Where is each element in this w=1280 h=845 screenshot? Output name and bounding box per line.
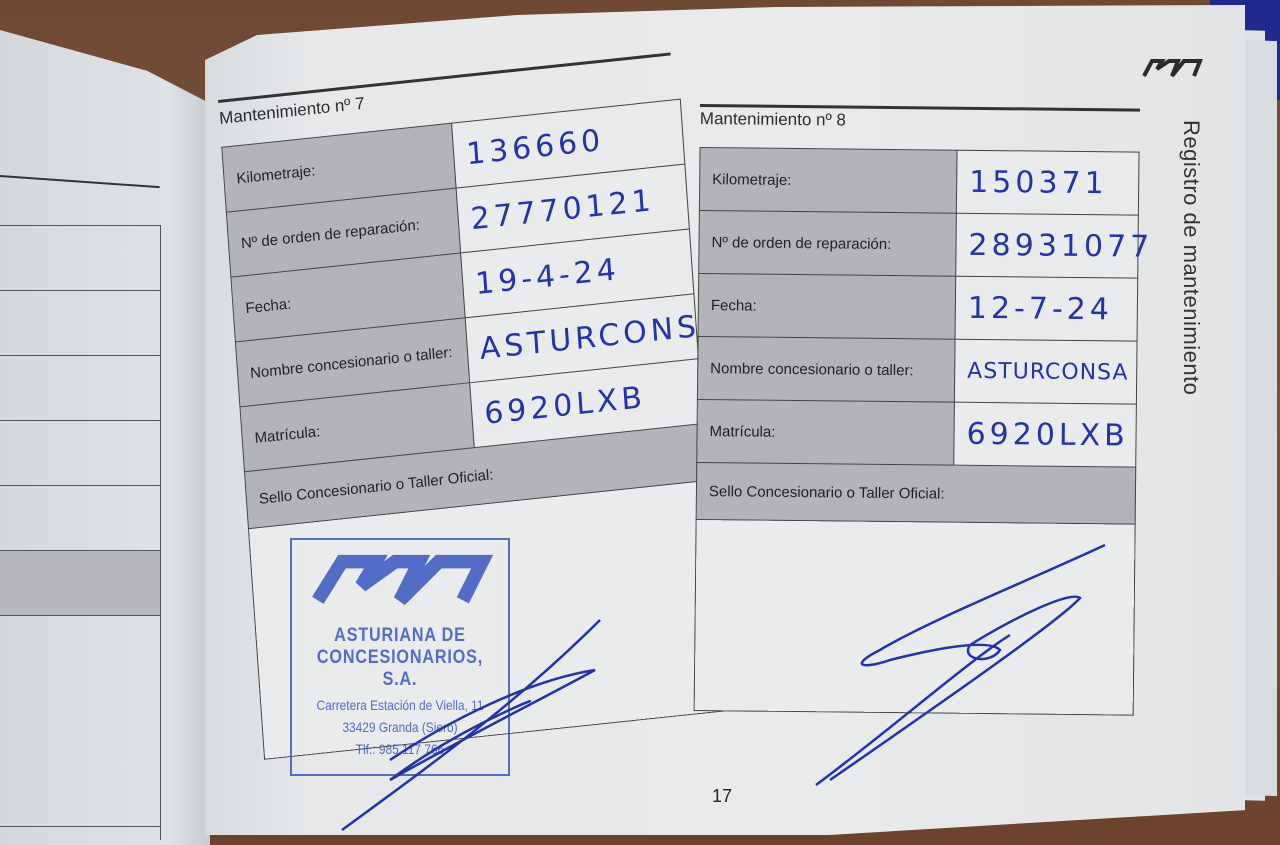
- table-row: [0, 355, 160, 420]
- table-row: [0, 550, 160, 615]
- maintenance-8-form: Kilometraje: 150371 Nº de orden de repar…: [694, 147, 1140, 716]
- table-row: Matrícula: 6920LXB: [697, 399, 1137, 467]
- stamp-text: 33429 Granda (Siero): [308, 719, 492, 735]
- field-value-fecha[interactable]: 12-7-24: [955, 276, 1138, 341]
- field-value-kilometraje[interactable]: 150371: [956, 150, 1139, 215]
- stamp-text: Carretera Estación de Viella, 11: [308, 697, 492, 713]
- field-label-fecha: Fecha:: [698, 273, 956, 339]
- page-number: 17: [712, 786, 732, 807]
- table-row: Nº de orden de reparación: 28931077: [699, 210, 1139, 278]
- stamp-label: Sello Concesionario o Taller Oficial:: [696, 462, 1136, 524]
- table-row: [694, 519, 1135, 715]
- field-value-matricula[interactable]: 6920LXB: [954, 402, 1137, 467]
- divider: [0, 175, 160, 188]
- dealer-stamp: ASTURIANA DE CONCESIONARIOS, S.A. Carret…: [290, 538, 510, 776]
- section-side-title: Registro de mantenimiento: [1178, 120, 1204, 395]
- field-label-orden: Nº de orden de reparación:: [699, 210, 957, 276]
- kia-logo-icon: [1142, 56, 1204, 80]
- table-row: Kilometraje: 150371: [699, 148, 1139, 216]
- field-label-kilometraje: Kilometraje:: [699, 148, 957, 214]
- kia-logo-icon: [302, 552, 498, 610]
- maintenance-8-section: Mantenimiento nº 8 Kilometraje: 150371 N…: [694, 104, 1150, 716]
- left-page: [0, 30, 210, 845]
- field-value-orden[interactable]: 28931077: [956, 213, 1139, 278]
- table-row: [0, 420, 160, 485]
- field-value-concesionario[interactable]: ASTURCONSA: [954, 339, 1137, 404]
- section-title: Mantenimiento nº 8: [700, 109, 1150, 134]
- table-row: [0, 615, 160, 827]
- left-page-table: [0, 225, 161, 840]
- field-label-concesionario: Nombre concesionario o taller:: [697, 336, 955, 402]
- stamp-text: CONCESIONARIOS, S.A.: [308, 647, 492, 691]
- field-label-matricula: Matrícula:: [697, 399, 955, 465]
- table-row: [0, 485, 160, 550]
- stamp-area[interactable]: [694, 519, 1135, 715]
- table-row: [0, 225, 160, 290]
- stamp-text: ASTURIANA DE: [308, 625, 492, 647]
- table-row: Nombre concesionario o taller: ASTURCONS…: [697, 336, 1137, 404]
- table-row: [0, 290, 160, 355]
- table-row: Sello Concesionario o Taller Oficial:: [696, 462, 1136, 524]
- table-row: Fecha: 12-7-24: [698, 273, 1138, 341]
- stamp-text: Tlf.: 985 117 766: [308, 741, 492, 757]
